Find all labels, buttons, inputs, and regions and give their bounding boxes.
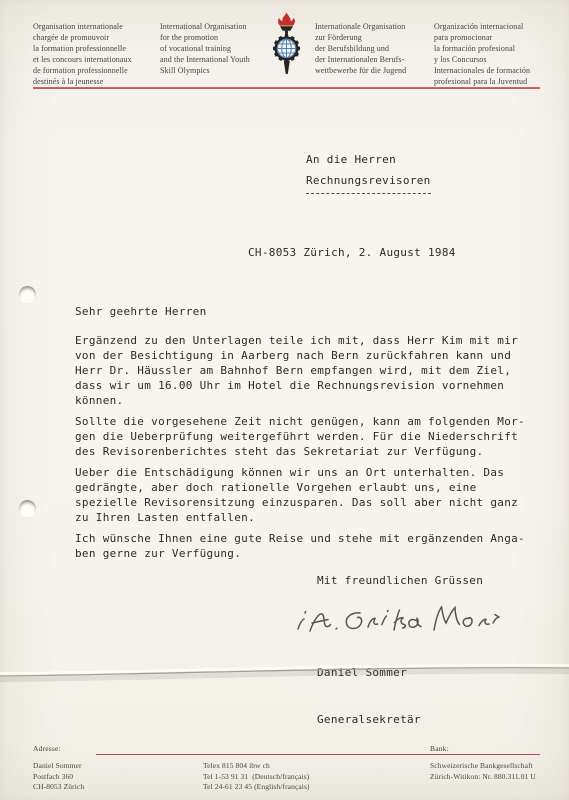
letterhead-org-english: International Organisation for the promo… bbox=[160, 21, 250, 76]
letter-page: Organisation internationale chargée de p… bbox=[0, 0, 569, 800]
letterhead-org-german: Internationale Organisation zur Förderun… bbox=[315, 21, 406, 76]
salutation: Sehr geehrte Herren bbox=[75, 304, 535, 319]
footer-divider-rule bbox=[96, 754, 540, 755]
paragraph-2: Sollte die vorgesehene Zeit nicht genüge… bbox=[75, 414, 535, 459]
paragraph-3: Ueber die Entschädigung können wir uns a… bbox=[75, 465, 535, 525]
footer-address-label: Adresse: bbox=[33, 744, 61, 753]
letterhead-org-french: Organisation internationale chargée de p… bbox=[33, 21, 132, 87]
letter-body: Sehr geehrte Herren Ergänzend zu den Unt… bbox=[75, 304, 535, 567]
recipient-block: An die Herren Rechnungsrevisoren bbox=[306, 149, 431, 194]
punch-hole-bottom bbox=[19, 500, 36, 517]
footer-bank-label: Bank: bbox=[430, 744, 449, 753]
date-line: CH-8053 Zürich, 2. August 1984 bbox=[248, 246, 456, 259]
signer-title: Generalsekretär bbox=[317, 712, 421, 728]
punch-hole-top bbox=[19, 286, 36, 303]
torch-globe-gear-logo-icon bbox=[271, 9, 302, 77]
letterhead-divider-rule bbox=[33, 87, 540, 89]
recipient-line-2: Rechnungsrevisoren bbox=[306, 170, 431, 194]
closing-line: Mit freundlichen Grüssen bbox=[317, 574, 483, 587]
sender-block: Daniel Sommer Generalsekretär bbox=[317, 634, 421, 758]
paragraph-1: Ergänzend zu den Unterlagen teile ich mi… bbox=[75, 333, 535, 408]
footer-bank: Schweizerische Bankgesellschaft Zürich-W… bbox=[430, 761, 536, 782]
letterhead-org-spanish: Organización internacional para promocio… bbox=[434, 21, 530, 87]
paragraph-4: Ich wünsche Ihnen eine gute Reise und st… bbox=[75, 531, 535, 561]
recipient-line-1: An die Herren bbox=[306, 149, 431, 170]
footer-address: Daniel Sommer Postfach 360 CH-8053 Züric… bbox=[33, 761, 84, 793]
footer-contact: Telex 815 804 ibw ch Tel 1-53 91 31 (Deu… bbox=[203, 761, 310, 793]
paper-edge bbox=[0, 660, 569, 690]
